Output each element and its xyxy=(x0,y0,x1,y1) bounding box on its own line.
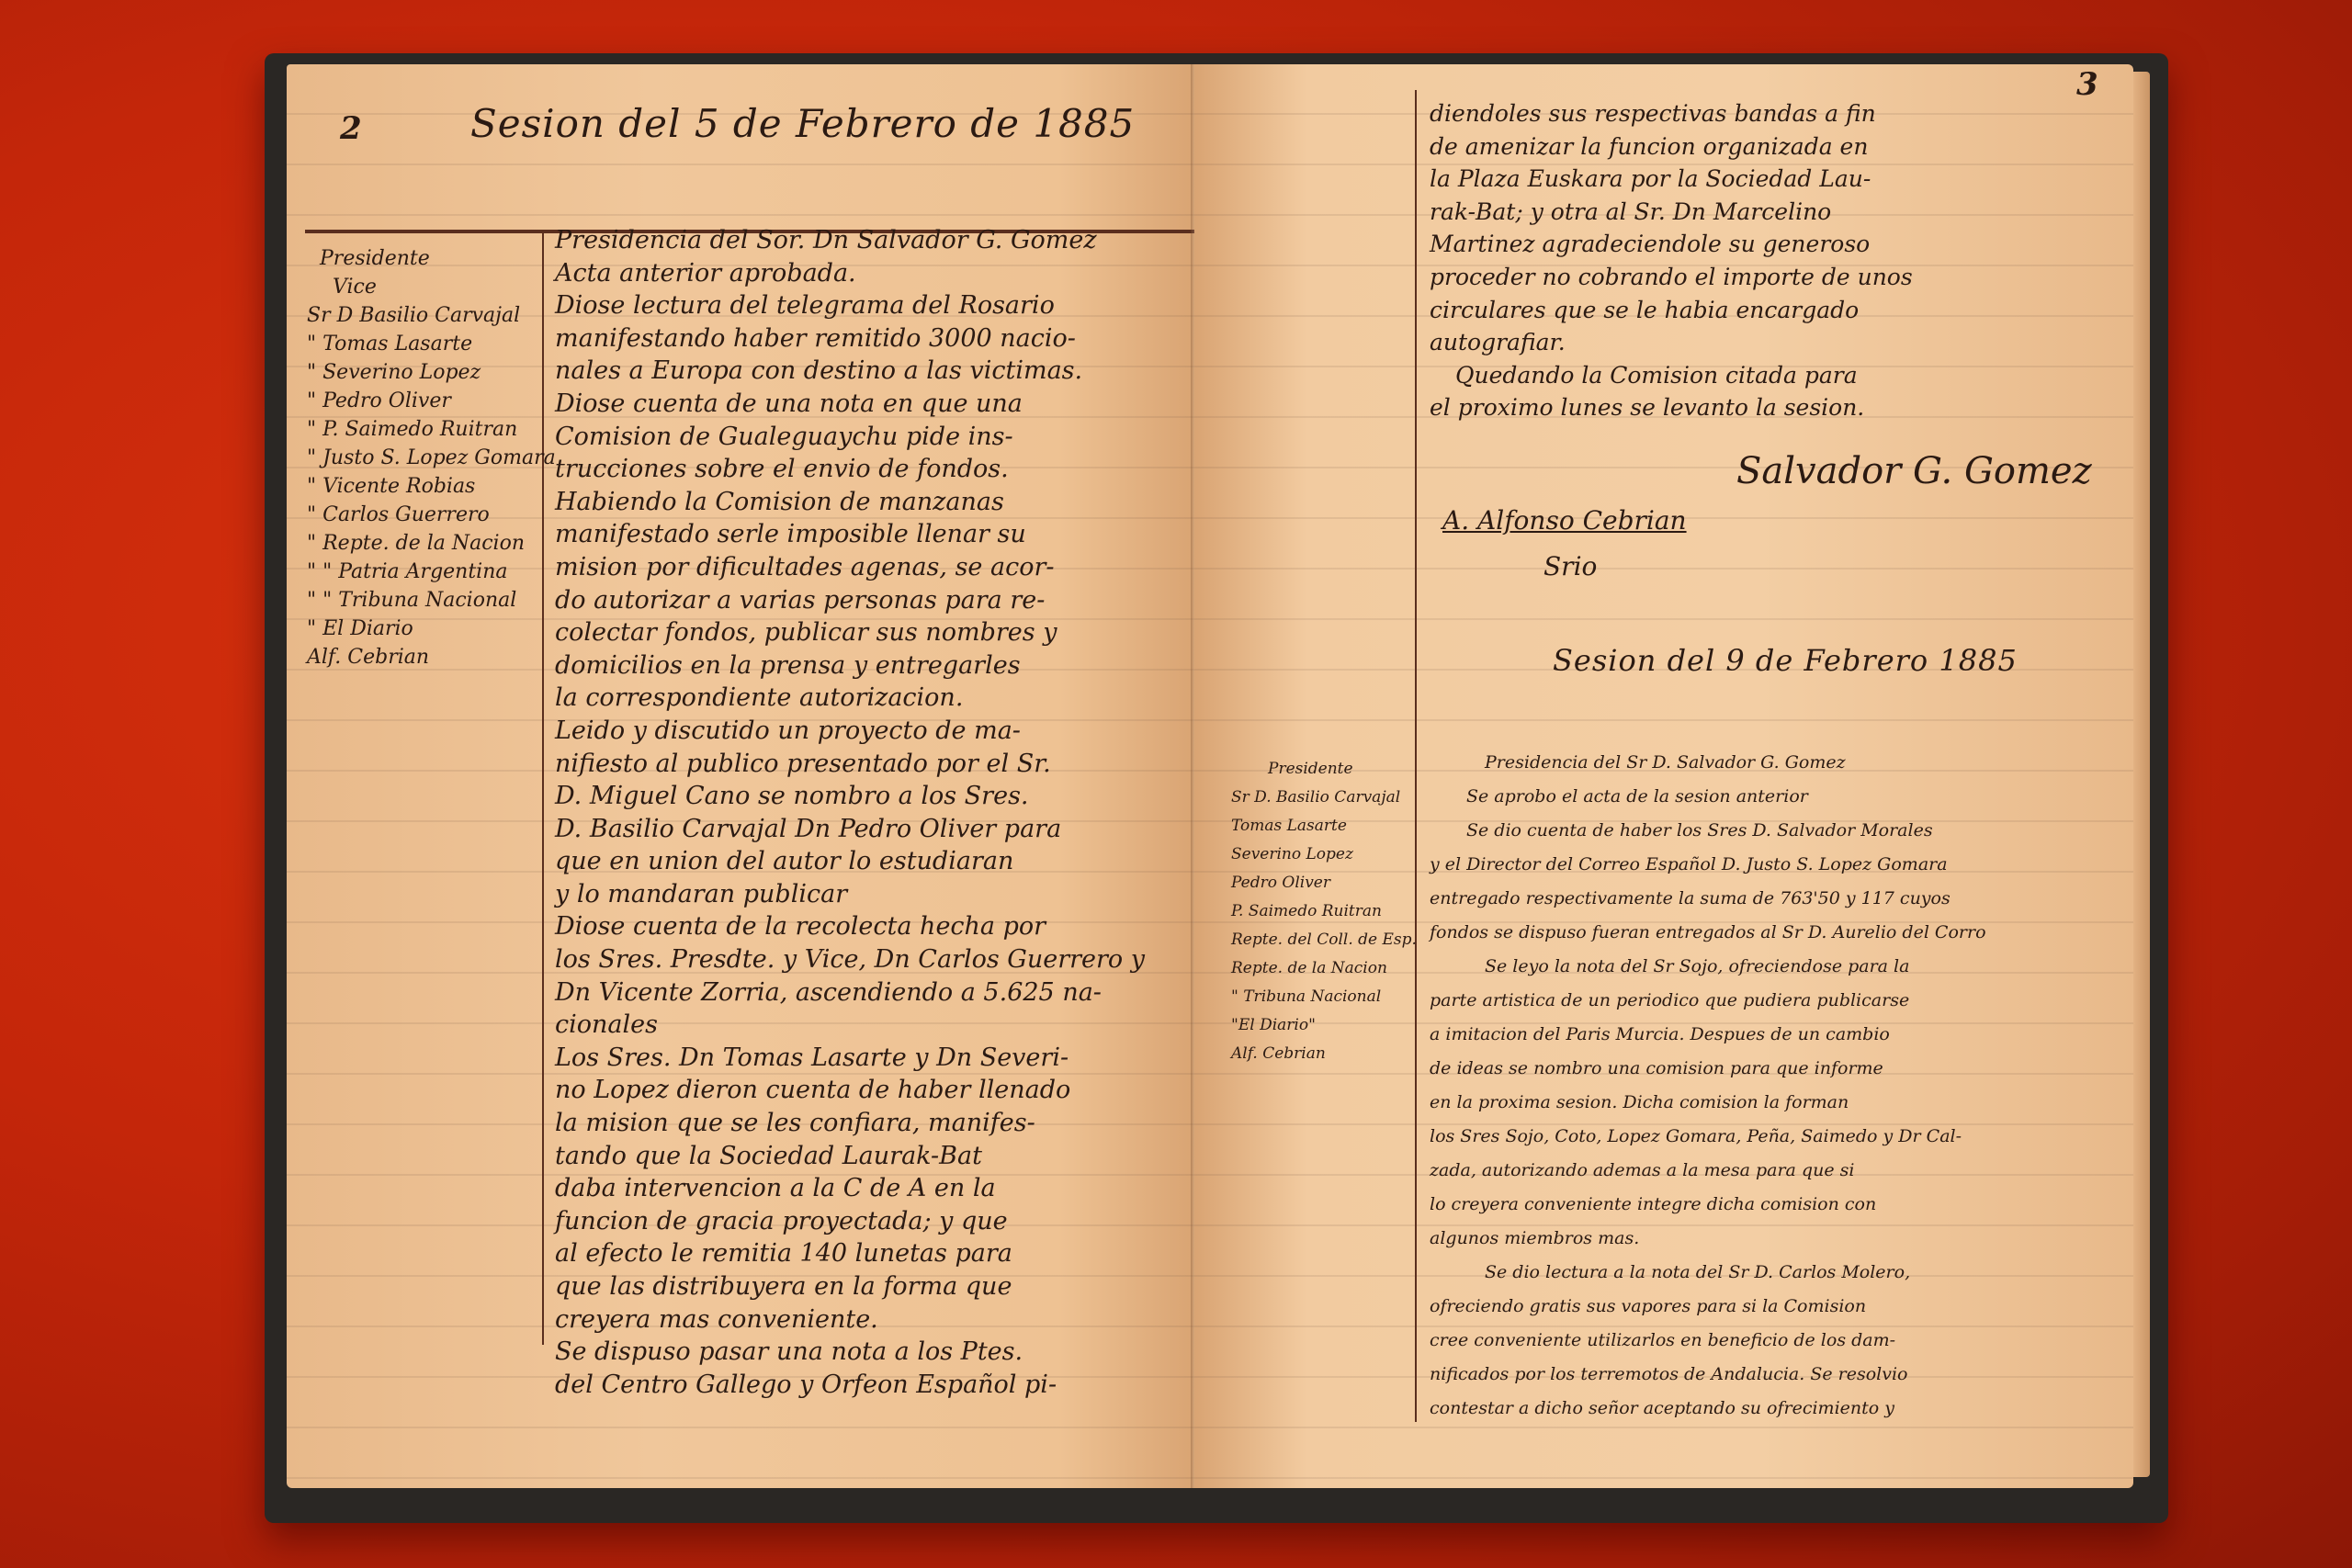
minutes-line: nifiesto al publico presentado por el Sr… xyxy=(555,748,1145,781)
attendee: " Justo S. Lopez Gomara xyxy=(307,444,556,472)
minutes-line: nificados por los terremotos de Andaluci… xyxy=(1430,1358,1986,1392)
minutes-line: Habiendo la Comision de manzanas xyxy=(555,486,1145,519)
secretary-role: Srio xyxy=(1543,551,1597,581)
minutes-line: a imitacion del Paris Murcia. Despues de… xyxy=(1430,1018,1986,1052)
minutes-line: en la proxima sesion. Dicha comision la … xyxy=(1430,1086,1986,1120)
minutes-line: D. Miguel Cano se nombro a los Sres. xyxy=(555,780,1145,813)
minutes-line: los Sres. Presdte. y Vice, Dn Carlos Gue… xyxy=(555,943,1145,976)
session-title: Sesion del 9 de Febrero 1885 xyxy=(1553,643,2018,678)
attendance-list: Presidente Vice Sr D Basilio Carvajal " … xyxy=(307,244,556,671)
minutes-line: del Centro Gallego y Orfeon Español pi- xyxy=(555,1369,1145,1402)
attendee: " P. Saimedo Ruitran xyxy=(307,415,556,444)
minutes-line: Se dio cuenta de haber los Sres D. Salva… xyxy=(1430,814,1986,848)
minutes-line: zada, autorizando ademas a la mesa para … xyxy=(1430,1154,1986,1188)
attendee: " " Tribuna Nacional xyxy=(307,586,556,615)
attendee: "El Diario" xyxy=(1231,1011,1417,1040)
minutes-line: cionales xyxy=(555,1009,1145,1042)
minutes-line: la Plaza Euskara por la Sociedad Lau- xyxy=(1430,163,1913,196)
second-session-minutes: Presidencia del Sr D. Salvador G. Gomez … xyxy=(1430,746,1986,1426)
continued-minutes: diendoles sus respectivas bandas a fin d… xyxy=(1430,97,1913,424)
minutes-line: contestar a dicho señor aceptando su ofr… xyxy=(1430,1392,1986,1426)
minutes-line: proceder no cobrando el importe de unos xyxy=(1430,261,1913,294)
attendee: Sr D Basilio Carvajal xyxy=(307,301,556,330)
attendee: " El Diario xyxy=(307,615,556,643)
secretary-signature: A. Alfonso Cebrian xyxy=(1442,505,1687,536)
minutes-line: al efecto le remitia 140 lunetas para xyxy=(555,1237,1145,1270)
minutes-line: Presidencia del Sor. Dn Salvador G. Gome… xyxy=(555,224,1145,257)
attendee: Alf. Cebrian xyxy=(307,643,556,671)
minutes-line: Se aprobo el acta de la sesion anterior xyxy=(1430,780,1986,814)
minutes-text: Presidencia del Sor. Dn Salvador G. Gome… xyxy=(555,224,1145,1401)
attendee: Severino Lopez xyxy=(1231,840,1417,869)
minutes-line: entregado respectivamente la suma de 763… xyxy=(1430,882,1986,916)
minutes-line: Diose lectura del telegrama del Rosario xyxy=(555,289,1145,322)
minutes-line: la mision que se les confiara, manifes- xyxy=(555,1107,1145,1140)
minutes-line: Diose cuenta de una nota en que una xyxy=(555,388,1145,421)
minutes-line: circulares que se le habia encargado xyxy=(1430,294,1913,327)
minutes-line: funcion de gracia proyectada; y que xyxy=(555,1205,1145,1238)
minutes-line: cree conveniente utilizarlos en benefici… xyxy=(1430,1324,1986,1358)
minutes-line: nales a Europa con destino a las victima… xyxy=(555,355,1145,388)
minutes-line: fondos se dispuso fueran entregados al S… xyxy=(1430,916,1986,950)
minutes-line: creyera mas conveniente. xyxy=(555,1303,1145,1337)
attendee: Presidente xyxy=(1231,755,1417,784)
minutes-line: la correspondiente autorizacion. xyxy=(555,682,1145,715)
minutes-line: Comision de Gualeguaychu pide ins- xyxy=(555,421,1145,454)
minutes-line: el proximo lunes se levanto la sesion. xyxy=(1430,391,1913,424)
attendee: " Tomas Lasarte xyxy=(307,330,556,358)
attendee: Alf. Cebrian xyxy=(1231,1040,1417,1068)
minutes-line: ofreciendo gratis sus vapores para si la… xyxy=(1430,1290,1986,1324)
minutes-line: colectar fondos, publicar sus nombres y xyxy=(555,616,1145,649)
minutes-line: de amenizar la funcion organizada en xyxy=(1430,130,1913,164)
session-title: Sesion del 5 de Febrero de 1885 xyxy=(470,101,1135,146)
attendee: Sr D. Basilio Carvajal xyxy=(1231,784,1417,812)
minutes-line: Martinez agradeciendole su generoso xyxy=(1430,228,1913,261)
minutes-line: de ideas se nombro una comision para que… xyxy=(1430,1052,1986,1086)
attendee: Vice xyxy=(307,273,556,301)
attendee: " Pedro Oliver xyxy=(307,387,556,415)
attendee: " Vicente Robias xyxy=(307,472,556,501)
minutes-line: que las distribuyera en la forma que xyxy=(555,1270,1145,1303)
minutes-line: diendoles sus respectivas bandas a fin xyxy=(1430,97,1913,130)
minutes-line: Los Sres. Dn Tomas Lasarte y Dn Severi- xyxy=(555,1042,1145,1075)
minutes-line: do autorizar a varias personas para re- xyxy=(555,584,1145,617)
minutes-line: que en union del autor lo estudiaran xyxy=(555,845,1145,878)
minutes-line: los Sres Sojo, Coto, Lopez Gomara, Peña,… xyxy=(1430,1120,1986,1154)
page-number: 3 xyxy=(2076,66,2098,103)
minutes-line: no Lopez dieron cuenta de haber llenado xyxy=(555,1074,1145,1107)
left-page: 2 Sesion del 5 de Febrero de 1885 Presid… xyxy=(287,64,1194,1488)
attendee: " " Patria Argentina xyxy=(307,558,556,586)
minutes-line: trucciones sobre el envio de fondos. xyxy=(555,453,1145,486)
minutes-line: Acta anterior aprobada. xyxy=(555,257,1145,290)
minutes-line: Se dio lectura a la nota del Sr D. Carlo… xyxy=(1430,1256,1986,1290)
attendee: Presidente xyxy=(307,244,556,273)
minutes-line: y el Director del Correo Español D. Just… xyxy=(1430,848,1986,882)
minutes-line: Quedando la Comision citada para xyxy=(1430,359,1913,392)
attendee: Pedro Oliver xyxy=(1231,869,1417,897)
attendee: Tomas Lasarte xyxy=(1231,812,1417,840)
minutes-line: tando que la Sociedad Laurak-Bat xyxy=(555,1140,1145,1173)
minutes-line: manifestado serle imposible llenar su xyxy=(555,518,1145,551)
minutes-line: Leido y discutido un proyecto de ma- xyxy=(555,715,1145,748)
minutes-line: Presidencia del Sr D. Salvador G. Gomez xyxy=(1430,746,1986,780)
page-number: 2 xyxy=(340,110,362,147)
attendance-list: Presidente Sr D. Basilio Carvajal Tomas … xyxy=(1231,755,1417,1068)
attendee: " Carlos Guerrero xyxy=(307,501,556,529)
page-edges xyxy=(2133,72,2150,1477)
minutes-line: algunos miembros mas. xyxy=(1430,1222,1986,1256)
attendee: " Severino Lopez xyxy=(307,358,556,387)
attendee: Repte. del Coll. de Esp. xyxy=(1231,926,1417,954)
right-page: 3 diendoles sus respectivas bandas a fin… xyxy=(1194,64,2133,1488)
president-signature: Salvador G. Gomez xyxy=(1736,450,2092,492)
minutes-line: Se dispuso pasar una nota a los Ptes. xyxy=(555,1336,1145,1369)
minutes-line: manifestando haber remitido 3000 nacio- xyxy=(555,322,1145,355)
attendee: P. Saimedo Ruitran xyxy=(1231,897,1417,926)
minutes-line: Dn Vicente Zorria, ascendiendo a 5.625 n… xyxy=(555,976,1145,1010)
minutes-line: parte artistica de un periodico que pudi… xyxy=(1430,984,1986,1018)
minutes-line: domicilios en la prensa y entregarles xyxy=(555,649,1145,682)
minutes-line: rak-Bat; y otra al Sr. Dn Marcelino xyxy=(1430,196,1913,229)
minutes-line: mision por dificultades agenas, se acor- xyxy=(555,551,1145,584)
minutes-line: autografiar. xyxy=(1430,326,1913,359)
attendee: " Repte. de la Nacion xyxy=(307,529,556,558)
minutes-line: D. Basilio Carvajal Dn Pedro Oliver para xyxy=(555,813,1145,846)
minutes-line: daba intervencion a la C de A en la xyxy=(555,1172,1145,1205)
minutes-line: y lo mandaran publicar xyxy=(555,878,1145,911)
minutes-line: Se leyo la nota del Sr Sojo, ofreciendos… xyxy=(1430,950,1986,984)
attendee: Repte. de la Nacion xyxy=(1231,954,1417,983)
minutes-line: Diose cuenta de la recolecta hecha por xyxy=(555,910,1145,943)
attendee: " Tribuna Nacional xyxy=(1231,983,1417,1011)
minutes-line: lo creyera conveniente integre dicha com… xyxy=(1430,1188,1986,1222)
